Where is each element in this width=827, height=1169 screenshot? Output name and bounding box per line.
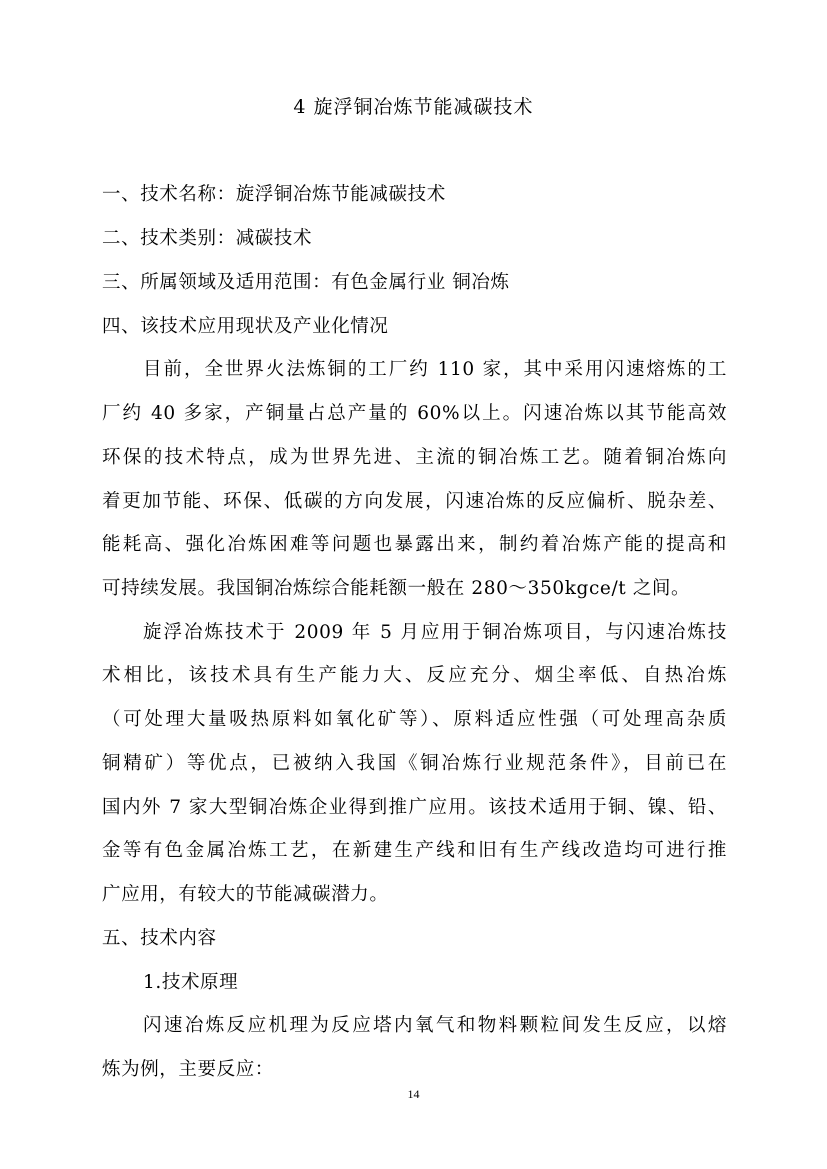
paragraph-line: 金等有色金属冶炼工艺，在新建生产线和旧有生产线改造均可进行推: [102, 838, 727, 864]
document-title: 4 旋浮铜冶炼节能减碳技术: [0, 94, 827, 120]
paragraph-line: 环保的技术特点，成为世界先进、主流的铜冶炼工艺。随着铜冶炼向: [102, 445, 727, 471]
section-heading-tech-name: 一、技术名称：旋浮铜冶炼节能减碳技术: [102, 182, 727, 208]
section-heading-scope: 三、所属领域及适用范围：有色金属行业 铜冶炼: [102, 270, 727, 296]
paragraph-line: 可持续发展。我国铜冶炼综合能耗额一般在 280～350kgce/t 之间。: [102, 576, 727, 602]
paragraph-line: 炼为例，主要反应：: [102, 1057, 727, 1083]
page-number: 14: [0, 1086, 827, 1102]
paragraph-line: 国内外 7 家大型铜冶炼企业得到推广应用。该技术适用于铜、镍、铅、: [102, 795, 727, 821]
paragraph-line: 目前，全世界火法炼铜的工厂约 110 家，其中采用闪速熔炼的工: [143, 357, 727, 383]
paragraph-line: 着更加节能、环保、低碳的方向发展，闪速冶炼的反应偏析、脱杂差、: [102, 489, 727, 515]
paragraph-line: 厂约 40 多家，产铜量占总产量的 60%以上。闪速冶炼以其节能高效: [102, 401, 727, 427]
paragraph-line: 铜精矿）等优点，已被纳入我国《铜冶炼行业规范条件》，目前已在: [102, 751, 727, 777]
paragraph-line: 闪速冶炼反应机理为反应塔内氧气和物料颗粒间发生反应，以熔: [143, 1013, 727, 1039]
subsection-heading-tech-principle: 1.技术原理: [143, 970, 727, 996]
document-page: 4 旋浮铜冶炼节能减碳技术 一、技术名称：旋浮铜冶炼节能减碳技术 二、技术类别：…: [0, 0, 827, 1169]
paragraph-line: 术相比，该技术具有生产能力大、反应充分、烟尘率低、自热冶炼: [102, 663, 727, 689]
section-heading-tech-content: 五、技术内容: [102, 926, 727, 952]
paragraph-line: 广应用，有较大的节能减碳潜力。: [102, 882, 727, 908]
paragraph-line: 能耗高、强化冶炼困难等问题也暴露出来，制约着冶炼产能的提高和: [102, 532, 727, 558]
paragraph-line: （可处理大量吸热原料如氧化矿等）、原料适应性强（可处理高杂质: [102, 707, 727, 733]
section-heading-tech-category: 二、技术类别：减碳技术: [102, 226, 727, 252]
paragraph-line: 旋浮冶炼技术于 2009 年 5 月应用于铜冶炼项目，与闪速冶炼技: [143, 620, 727, 646]
section-heading-application-status: 四、该技术应用现状及产业化情况: [102, 314, 727, 340]
